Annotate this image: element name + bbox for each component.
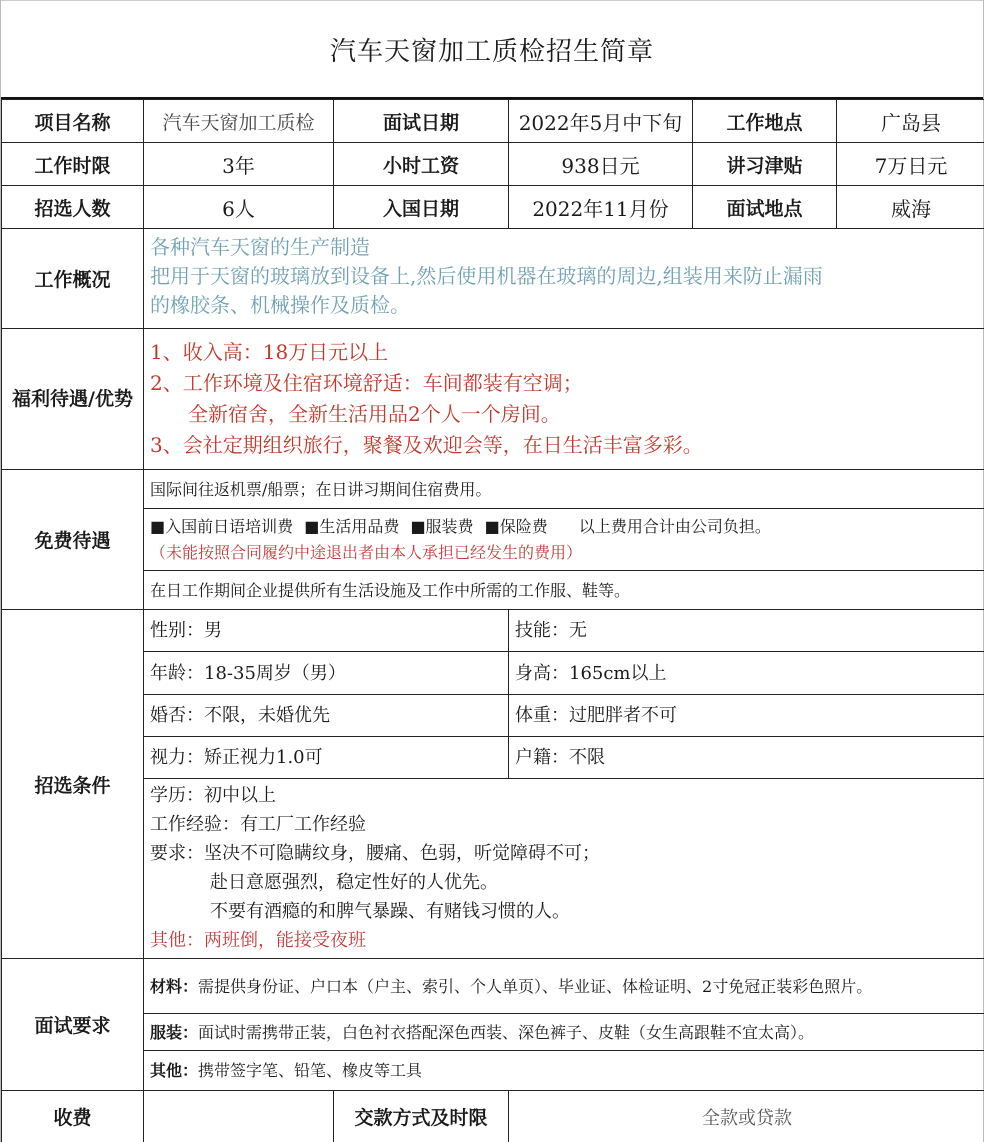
field-value: 3年 (144, 143, 334, 186)
attire-text: 面试时需携带正装，白色衬衣搭配深色西装、深色裤子、皮鞋（女生高跟鞋不宜太高）。 (198, 1023, 814, 1042)
field-label: 招选人数 (2, 186, 144, 229)
field-label: 入国日期 (334, 186, 509, 229)
condition-item: 技能：无 (509, 610, 984, 652)
field-label: 工作地点 (693, 100, 837, 143)
field-value: 2022年5月中下旬 (509, 100, 693, 143)
page-title: 汽车天窗加工质检招生简章 (330, 31, 654, 68)
free-label: 免费待遇 (2, 470, 144, 610)
experience: 工作经验：有工厂工作经验 (150, 810, 979, 839)
condition-row: 视力：矫正视力1.0可 户籍：不限 (2, 737, 984, 779)
overview-line: 把用于天窗的玻璃放到设备上,然后使用机器在玻璃的周边,组装用来防止漏雨 (150, 262, 979, 291)
field-label: 讲习津贴 (693, 143, 837, 186)
other-text: 携带签字笔、铅笔、橡皮等工具 (198, 1061, 422, 1080)
other-condition: 其他：两班倒，能接受夜班 (150, 926, 979, 955)
basic-row: 项目名称 汽车天窗加工质检 面试日期 2022年5月中下旬 工作地点 广岛县 (2, 100, 984, 143)
free-row: 在日工作期间企业提供所有生活设施及工作中所需的工作服、鞋等。 (2, 571, 984, 610)
interview-label: 面试要求 (2, 959, 144, 1091)
benefit-line: 全新宿舍，全新生活用品2个人一个房间。 (150, 399, 979, 430)
overview-row: 工作概况 各种汽车天窗的生产制造 把用于天窗的玻璃放到设备上,然后使用机器在玻璃… (2, 229, 984, 329)
field-value: 7万日元 (837, 143, 984, 186)
other-label: 其他： (150, 1061, 198, 1080)
free-item: ■入国前日语培训费 (150, 517, 293, 536)
interview-row: 面试要求 材料：需提供身份证、户口本（户主、索引、个人单页）、毕业证、体检证明、… (2, 959, 984, 1014)
interview-attire: 服装：面试时需携带正装，白色衬衣搭配深色西装、深色裤子、皮鞋（女生高跟鞋不宜太高… (144, 1014, 984, 1051)
free-row: ■入国前日语培训费 ■生活用品费 ■服装费 ■保险费 以上费用合计由公司负担。 … (2, 509, 984, 571)
free-item: 在日工作期间企业提供所有生活设施及工作中所需的工作服、鞋等。 (144, 571, 984, 610)
conditions-label: 招选条件 (2, 610, 144, 959)
benefits-content: 1、收入高：18万日元以上 2、工作环境及住宿环境舒适：车间都装有空调； 全新宿… (144, 329, 984, 470)
interview-row: 其他：携带签字笔、铅笔、橡皮等工具 (2, 1051, 984, 1091)
free-row: 免费待遇 国际间往返机票/船票；在日讲习期间住宿费用。 (2, 470, 984, 509)
benefit-line: 3、会社定期组织旅行，聚餐及欢迎会等，在日生活丰富多彩。 (150, 430, 979, 461)
benefit-line: 2、工作环境及住宿环境舒适：车间都装有空调； (150, 368, 979, 399)
education: 学历：初中以上 (150, 781, 979, 810)
condition-item: 视力：矫正视力1.0可 (144, 737, 509, 779)
basic-row: 招选人数 6人 入国日期 2022年11月份 面试地点 威海 (2, 186, 984, 229)
condition-row: 婚否：不限，未婚优先 体重：过肥胖者不可 (2, 695, 984, 737)
free-items-line: ■入国前日语培训费 ■生活用品费 ■服装费 ■保险费 以上费用合计由公司负担。 (150, 514, 979, 540)
interview-materials: 材料：需提供身份证、户口本（户主、索引、个人单页）、毕业证、体检证明、2寸免冠正… (144, 959, 984, 1014)
requirement-line: 赴日意愿强烈，稳定性好的人优先。 (150, 868, 979, 897)
overview-line: 各种汽车天窗的生产制造 (150, 233, 979, 262)
benefits-row: 福利待遇/优势 1、收入高：18万日元以上 2、工作环境及住宿环境舒适：车间都装… (2, 329, 984, 470)
field-value: 威海 (837, 186, 984, 229)
condition-row: 年龄：18-35周岁（男） 身高：165cm以上 (2, 652, 984, 695)
condition-item: 性别：男 (144, 610, 509, 652)
materials-label: 材料： (150, 977, 198, 996)
field-label: 项目名称 (2, 100, 144, 143)
fee-row: 收费 交款方式及时限 全款或贷款 (2, 1091, 984, 1142)
condition-row: 招选条件 性别：男 技能：无 (2, 610, 984, 652)
condition-details: 学历：初中以上 工作经验：有工厂工作经验 要求：坚决不可隐瞒纹身，腰痛、色弱，听… (144, 779, 984, 959)
materials-text: 需提供身份证、户口本（户主、索引、个人单页）、毕业证、体检证明、2寸免冠正装彩色… (198, 977, 872, 996)
field-value: 广岛县 (837, 100, 984, 143)
free-warning: （未能按照合同履约中途退出者由本人承担已经发生的费用） (150, 540, 979, 566)
requirement-line: 要求：坚决不可隐瞒纹身，腰痛、色弱，听觉障碍不可； (150, 839, 979, 868)
payment-value: 全款或贷款 (509, 1091, 984, 1142)
free-items-cell: ■入国前日语培训费 ■生活用品费 ■服装费 ■保险费 以上费用合计由公司负担。 … (144, 509, 984, 571)
condition-item: 婚否：不限，未婚优先 (144, 695, 509, 737)
overview-label: 工作概况 (2, 229, 144, 329)
interview-other: 其他：携带签字笔、铅笔、橡皮等工具 (144, 1051, 984, 1091)
overview-content: 各种汽车天窗的生产制造 把用于天窗的玻璃放到设备上,然后使用机器在玻璃的周边,组… (144, 229, 984, 329)
info-table: 项目名称 汽车天窗加工质检 面试日期 2022年5月中下旬 工作地点 广岛县 工… (1, 99, 984, 1142)
benefits-label: 福利待遇/优势 (2, 329, 144, 470)
field-value: 938日元 (509, 143, 693, 186)
basic-row: 工作时限 3年 小时工资 938日元 讲习津贴 7万日元 (2, 143, 984, 186)
field-value: 2022年11月份 (509, 186, 693, 229)
field-value: 6人 (144, 186, 334, 229)
payment-label: 交款方式及时限 (334, 1091, 509, 1142)
overview-line: 的橡胶条、机械操作及质检。 (150, 291, 979, 320)
field-value: 汽车天窗加工质检 (144, 100, 334, 143)
field-label: 小时工资 (334, 143, 509, 186)
fee-value (144, 1091, 334, 1142)
free-item: ■保险费 (485, 517, 548, 536)
free-item: ■生活用品费 (304, 517, 399, 536)
condition-item: 体重：过肥胖者不可 (509, 695, 984, 737)
fee-label: 收费 (2, 1091, 144, 1142)
condition-detail-row: 学历：初中以上 工作经验：有工厂工作经验 要求：坚决不可隐瞒纹身，腰痛、色弱，听… (2, 779, 984, 959)
free-item: 国际间往返机票/船票；在日讲习期间住宿费用。 (144, 470, 984, 509)
title-row: 汽车天窗加工质检招生简章 (1, 0, 983, 99)
condition-item: 年龄：18-35周岁（男） (144, 652, 509, 695)
benefit-line: 1、收入高：18万日元以上 (150, 337, 979, 368)
benefits-label-text: 福利待遇/优势 (12, 388, 133, 410)
free-item: ■服装费 (410, 517, 473, 536)
condition-item: 户籍：不限 (509, 737, 984, 779)
attire-label: 服装： (150, 1023, 198, 1042)
interview-row: 服装：面试时需携带正装，白色衬衣搭配深色西装、深色裤子、皮鞋（女生高跟鞋不宜太高… (2, 1014, 984, 1051)
free-note: 以上费用合计由公司负担。 (579, 517, 771, 536)
field-label: 面试日期 (334, 100, 509, 143)
requirement-line: 不要有酒瘾的和脾气暴躁、有赌钱习惯的人。 (150, 897, 979, 926)
field-label: 面试地点 (693, 186, 837, 229)
condition-item: 身高：165cm以上 (509, 652, 984, 695)
field-label: 工作时限 (2, 143, 144, 186)
recruitment-sheet: 汽车天窗加工质检招生简章 项目名称 汽车天窗加工质检 面试日期 2022年5月中… (0, 0, 984, 1142)
